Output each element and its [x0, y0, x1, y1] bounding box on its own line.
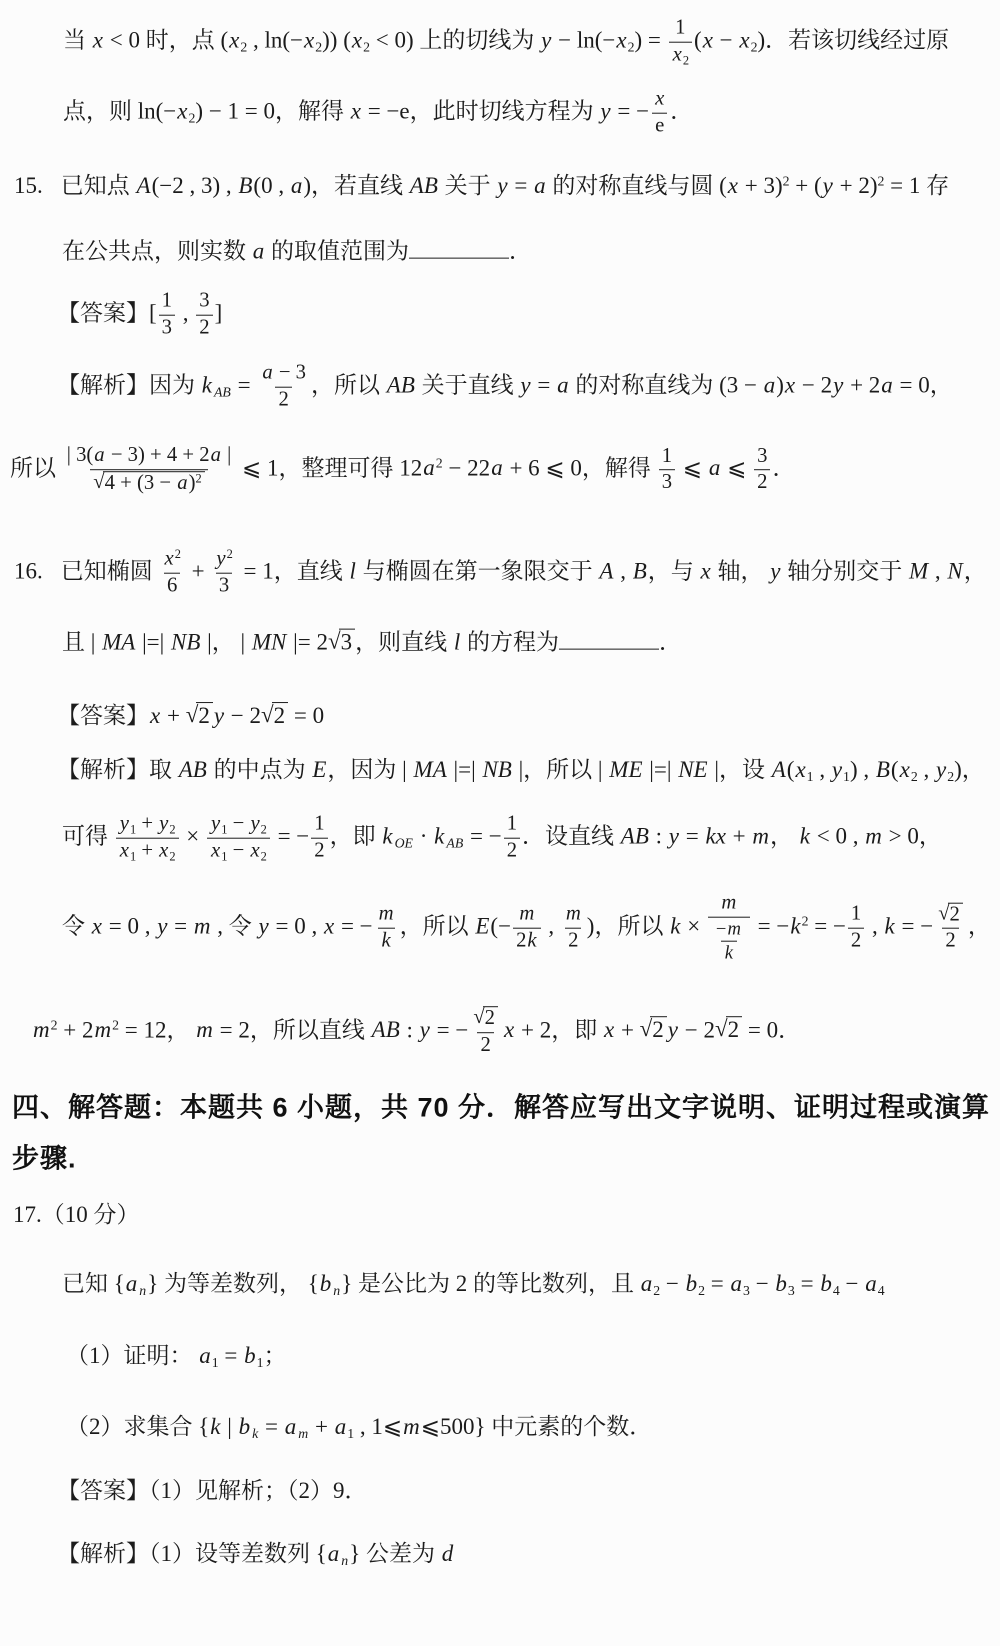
radical-sign: √: [715, 1014, 728, 1044]
problem-17-part-1: （1）证明： a1 = b1；: [66, 1341, 287, 1371]
problem-17-part-2: （2）求集合 {k | bk = am + a1 , 1⩽m⩽500} 中元素的…: [66, 1412, 652, 1442]
answer-15: 【答案】[13 , 32]: [57, 290, 222, 341]
problem-16-line-2: 且 | MA |=| NB |， | MN |= 2√3，则直线 l 的方程为．: [62, 627, 682, 658]
answer-blank: [559, 627, 659, 650]
solution-14-line-1: 当 x < 0 时，点 (x2 , ln(−x2)) (x2 < 0) 上的切线…: [63, 17, 949, 68]
problem-15-line-2: 在公共点，则实数 a 的取值范围为．: [62, 236, 532, 267]
analysis-16-line-2: 可得 y1 + y2x1 + x2 × y1 − y2x1 − x2 = −12…: [62, 813, 942, 864]
problem-15-line-1: 15.已知点 A(−2 , 3) , B(0 , a)，若直线 AB 关于 y …: [14, 171, 949, 201]
radical-sign: √: [328, 626, 341, 656]
analysis-17-line-1: 【解析】（1）设等差数列 {an} 公差为 d: [57, 1539, 454, 1569]
solution-14-line-2: 点，则 ln(−x2) − 1 = 0，解得 x = −e，此时切线方程为 y …: [63, 88, 693, 139]
analysis-16-line-4: m2 + 2m2 = 12， m = 2，所以直线 AB : y = −√22x…: [32, 1006, 801, 1058]
radical-sign: √: [938, 902, 949, 926]
analysis-16-line-3: 令 x = 0 , y = m , 令 y = 0 , x = −mk，所以 E…: [62, 892, 991, 965]
analysis-15-line-1: 【解析】因为 kAB = a − 32，所以 AB 关于直线 y = a 的对称…: [57, 362, 953, 413]
radical-sign: √: [261, 700, 274, 730]
section-4-heading-line-2: 步骤.: [12, 1141, 77, 1176]
answer-blank: [409, 236, 509, 259]
problem-17-stem: 已知 {an} 为等差数列， {bn} 是公比为 2 的等比数列，且 a2 − …: [62, 1269, 885, 1299]
radical-sign: √: [640, 1014, 653, 1044]
problem-16-line-1: 16.已知椭圆 x26 + y23 = 1，直线 l 与椭圆在第一象限交于 A …: [14, 548, 987, 599]
exam-page: 当 x < 0 时，点 (x2 , ln(−x2)) (x2 < 0) 上的切线…: [0, 0, 1000, 1646]
analysis-16-line-1: 【解析】取 AB 的中点为 E，因为 | MA |=| NB |，所以 | ME…: [57, 755, 985, 785]
answer-17: 【答案】（1）见解析；（2）9．: [57, 1476, 368, 1506]
answer-16: 【答案】x + √2y − 2√2 = 0: [57, 701, 324, 731]
section-4-heading-line-1: 四、解答题：本题共 6 小题，共 70 分．解答应写出文字说明、证明过程或演算: [12, 1090, 990, 1125]
radical-sign: √: [93, 471, 104, 495]
analysis-15-line-2: 所以 | 3(a − 3) + 4 + 2a |√4 + (3 − a)2 ⩽ …: [10, 444, 795, 496]
radical-sign: √: [473, 1006, 484, 1030]
radical-sign: √: [186, 700, 199, 730]
problem-17-number: 17.（10 分）: [13, 1200, 140, 1230]
